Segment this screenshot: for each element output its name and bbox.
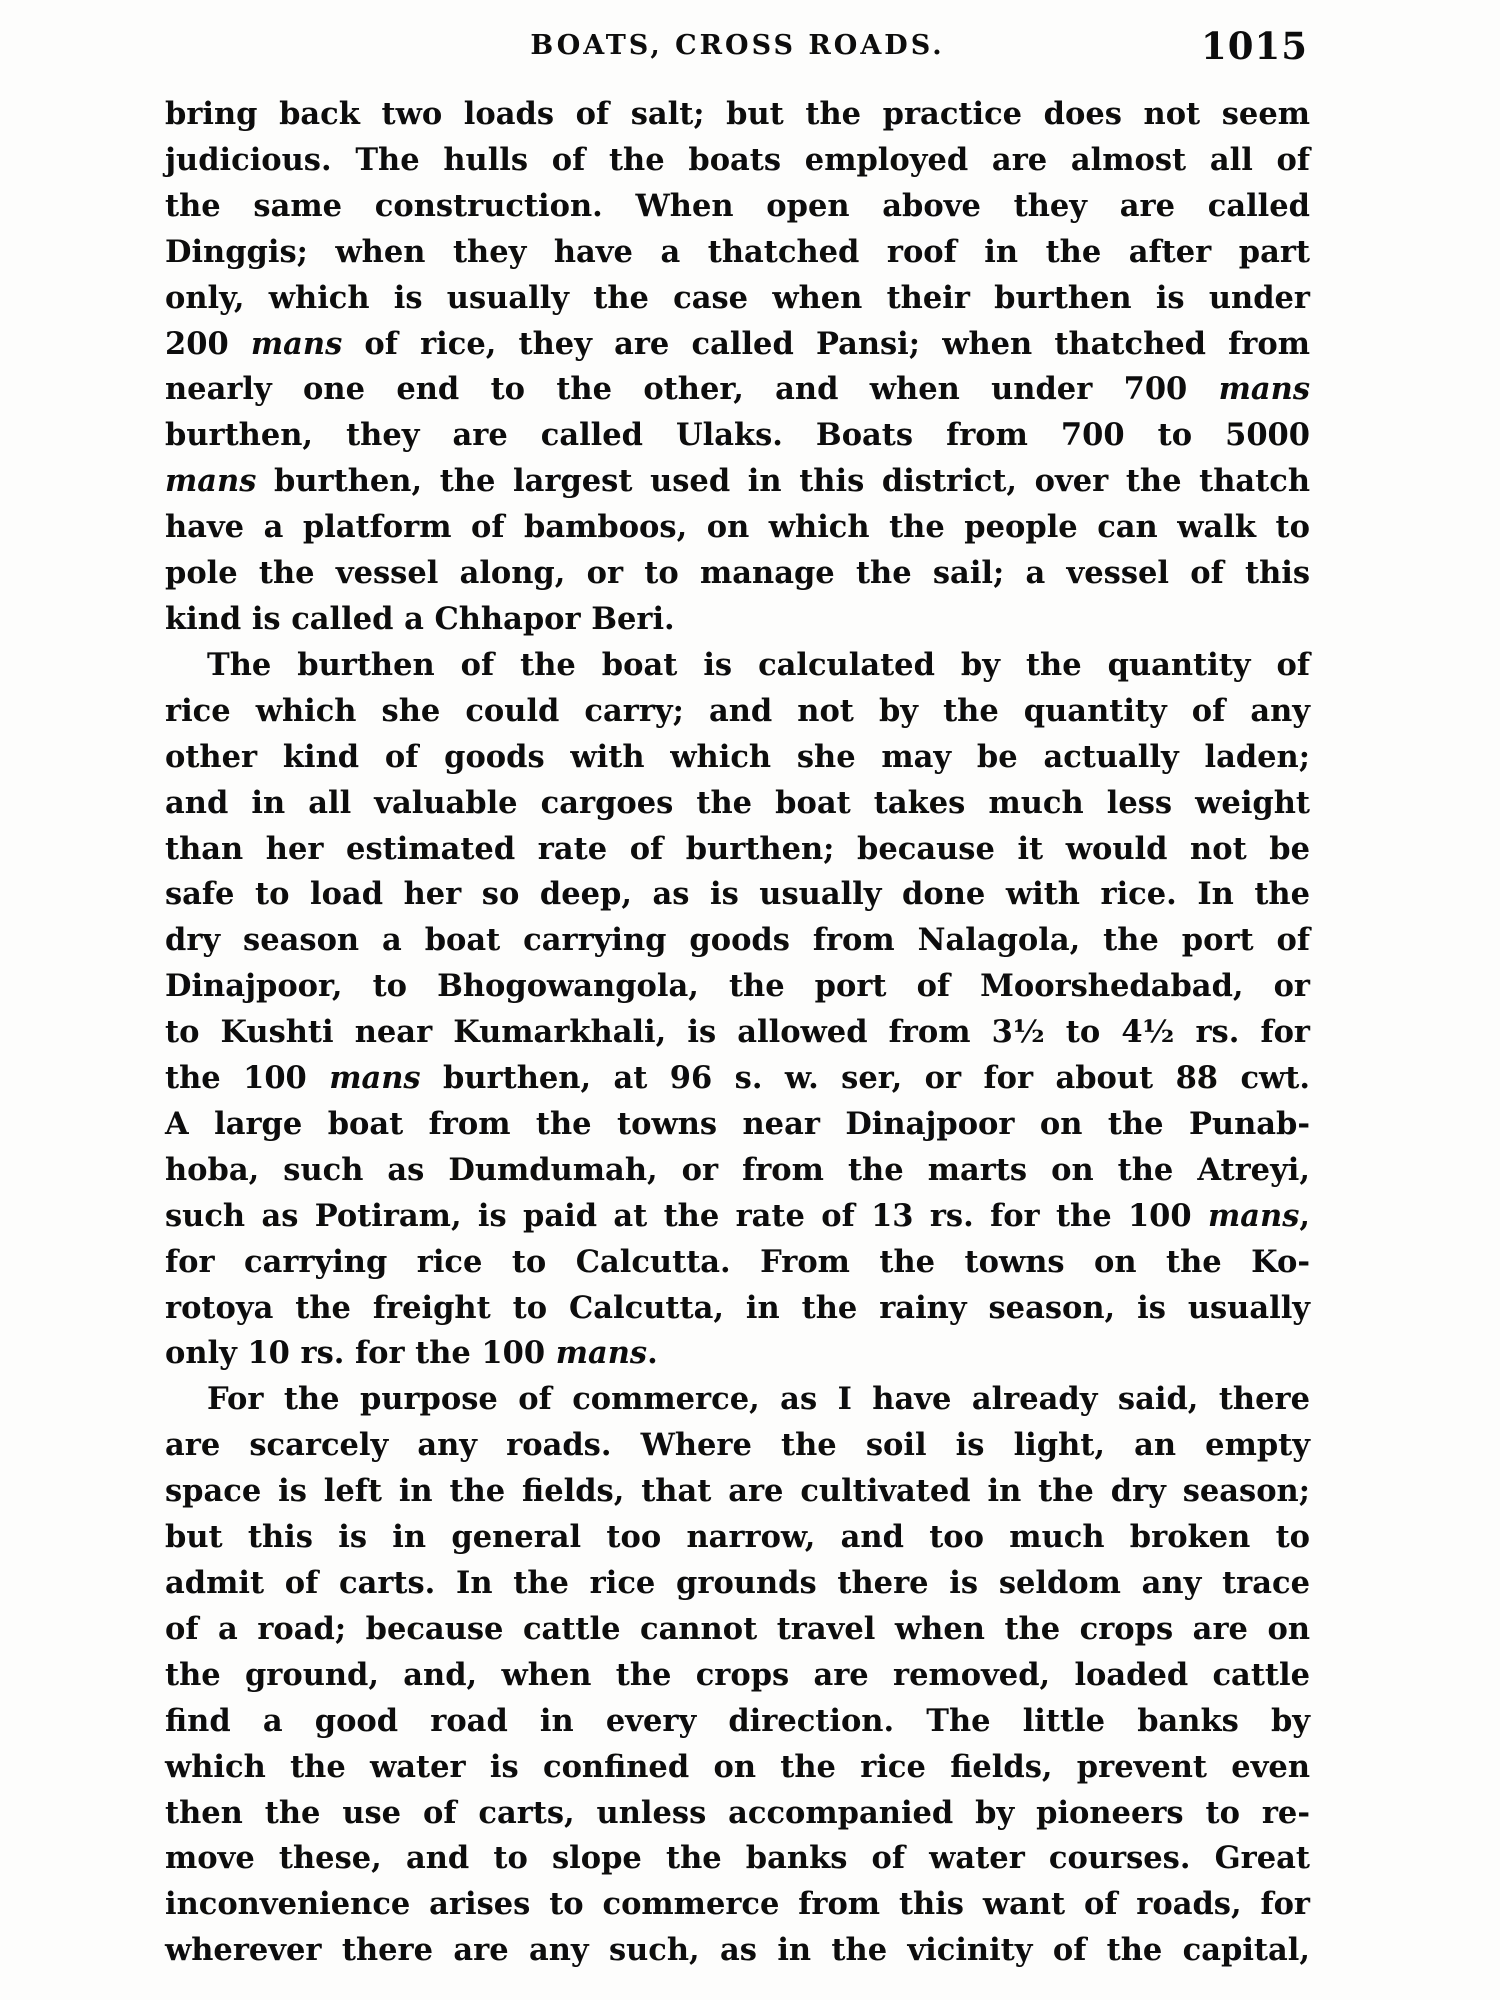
page-body: bring back two loads of salt; but the pr… <box>165 92 1310 1974</box>
text-line: Dinggis; when they have a thatched roof … <box>165 230 1310 276</box>
text-line: the 100 mans burthen, at 96 s. w. ser, o… <box>165 1056 1310 1102</box>
text-line: move these, and to slope the banks of wa… <box>165 1836 1310 1882</box>
text-line: then the use of carts, unless accompanie… <box>165 1791 1310 1837</box>
text-line: burthen, they are called Ulaks. Boats fr… <box>165 413 1310 459</box>
text-line: are scarcely any roads. Where the soil i… <box>165 1423 1310 1469</box>
text-line: to Kushti near Kumarkhali, is allowed fr… <box>165 1010 1310 1056</box>
page-header: BOATS, CROSS ROADS. 1015 <box>165 24 1310 68</box>
text-line: The burthen of the boat is calculated by… <box>165 643 1310 689</box>
text-line: find a good road in every direction. The… <box>165 1699 1310 1745</box>
text-line: 200 mans of rice, they are called Pansi;… <box>165 322 1310 368</box>
text-line: and in all valuable cargoes the boat tak… <box>165 781 1310 827</box>
text-line: inconvenience arises to commerce from th… <box>165 1882 1310 1928</box>
text-line: nearly one end to the other, and when un… <box>165 367 1310 413</box>
text-line: kind is called a Chhapor Beri. <box>165 597 1310 643</box>
text-line: For the purpose of commerce, as I have a… <box>165 1377 1310 1423</box>
text-line: than her estimated rate of burthen; beca… <box>165 827 1310 873</box>
text-line: for carrying rice to Calcutta. From the … <box>165 1240 1310 1286</box>
text-line: rotoya the freight to Calcutta, in the r… <box>165 1286 1310 1332</box>
text-line: pole the vessel along, or to manage the … <box>165 551 1310 597</box>
text-line: the ground, and, when the crops are remo… <box>165 1653 1310 1699</box>
page-number: 1015 <box>1201 24 1308 68</box>
text-line: dry season a boat carrying goods from Na… <box>165 918 1310 964</box>
text-line: judicious. The hulls of the boats employ… <box>165 138 1310 184</box>
text-line: rice which she could carry; and not by t… <box>165 689 1310 735</box>
text-line: space is left in the fields, that are cu… <box>165 1469 1310 1515</box>
text-line: bring back two loads of salt; but the pr… <box>165 92 1310 138</box>
text-line: hoba, such as Dumdumah, or from the mart… <box>165 1148 1310 1194</box>
text-line: the same construction. When open above t… <box>165 184 1310 230</box>
text-line: other kind of goods with which she may b… <box>165 735 1310 781</box>
text-line: only 10 rs. for the 100 mans. <box>165 1331 1310 1377</box>
text-line: safe to load her so deep, as is usually … <box>165 872 1310 918</box>
text-line: have a platform of bamboos, on which the… <box>165 505 1310 551</box>
text-line: mans burthen, the largest used in this d… <box>165 459 1310 505</box>
running-title: BOATS, CROSS ROADS. <box>165 30 1310 61</box>
text-line: A large boat from the towns near Dinajpo… <box>165 1102 1310 1148</box>
text-line: only, which is usually the case when the… <box>165 276 1310 322</box>
text-line: but this is in general too narrow, and t… <box>165 1515 1310 1561</box>
text-line: Dinajpoor, to Bhogowangola, the port of … <box>165 964 1310 1010</box>
text-line: of a road; because cattle cannot travel … <box>165 1607 1310 1653</box>
text-line: wherever there are any such, as in the v… <box>165 1928 1310 1974</box>
text-line: admit of carts. In the rice grounds ther… <box>165 1561 1310 1607</box>
content-column: BOATS, CROSS ROADS. 1015 bring back two … <box>165 0 1310 1974</box>
text-line: such as Potiram, is paid at the rate of … <box>165 1194 1310 1240</box>
text-line: which the water is confined on the rice … <box>165 1745 1310 1791</box>
book-page: BOATS, CROSS ROADS. 1015 bring back two … <box>0 0 1500 2000</box>
